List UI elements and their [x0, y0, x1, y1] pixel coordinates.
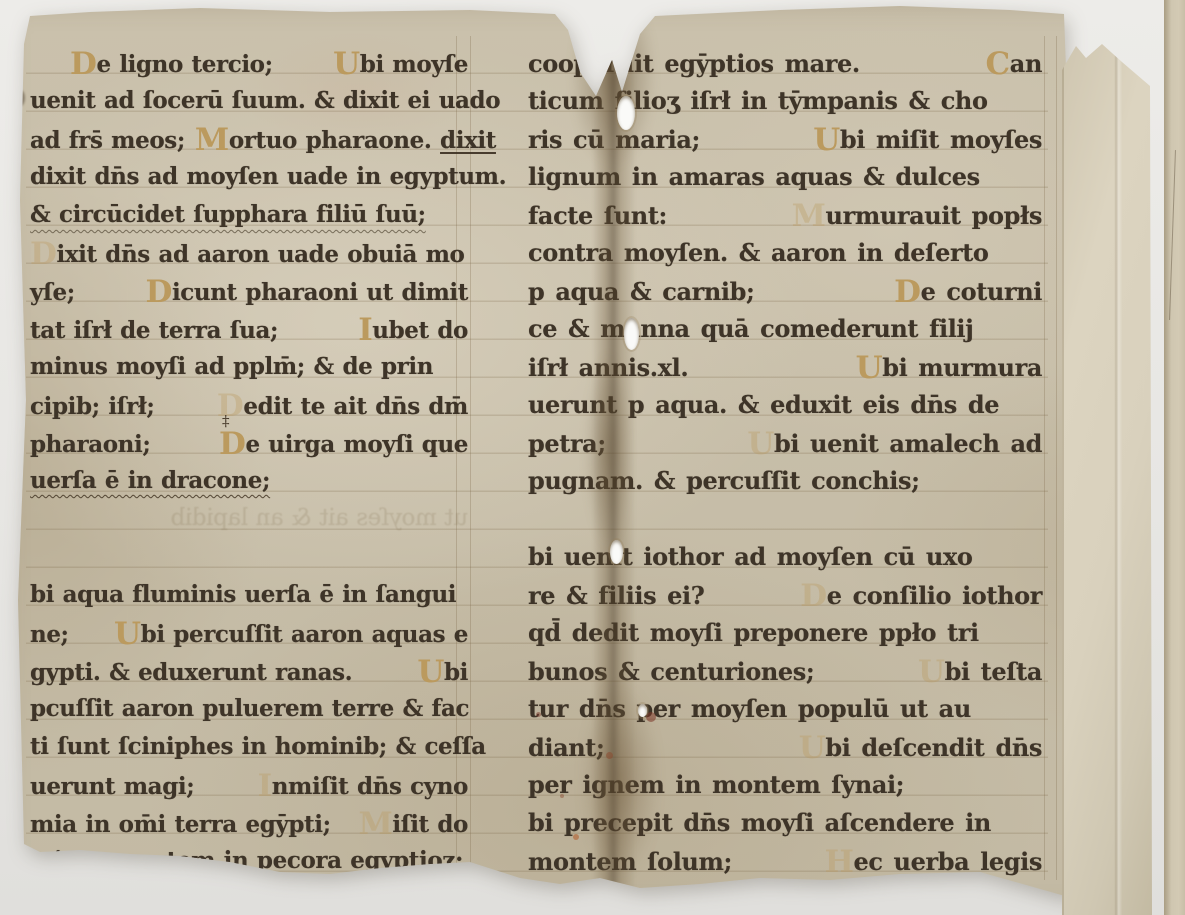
text-segment: re & filiis ei?: [528, 577, 704, 614]
text-segment: ortuo pharaone.: [229, 122, 440, 159]
illuminated-initial: I: [358, 312, 372, 349]
illuminated-initial: U: [856, 350, 883, 387]
text-segment: ut moyſes ait & an lapidib: [171, 500, 468, 537]
text-segment: t ī ſ: [842, 880, 893, 915]
text-line: facte ſunt:Murmurauit popłs: [528, 196, 1042, 234]
text-segment: lignum in amaras aquas & dulces: [528, 158, 980, 195]
text-segment: & circūcidet ſupphara filiū ſuū;: [30, 196, 426, 233]
text-segment: mia in om̄i terra egȳpti;: [30, 806, 331, 843]
parchment-hole: [638, 704, 647, 717]
text-line: cooperuit egȳptios mare.Can: [528, 44, 1042, 82]
text-line: tat iſrł de terra ſua;Iubet do: [30, 310, 468, 348]
text-line: yſe;Dicunt pharaoni ut dimit: [30, 272, 468, 310]
illuminated-initial: D: [145, 274, 171, 311]
text-line: bunos & centuriones;Ubi teſta: [528, 652, 1042, 690]
text-segment: e ligno tercio;: [96, 46, 272, 83]
text-line: ticum filioʒ iſrł in tȳmpanis & cho: [528, 82, 1042, 120]
text-segment: ris cū maria;: [528, 121, 700, 158]
text-segment: cooperuit egȳptios mare.: [528, 45, 860, 82]
text-line: uerunt magi;Inmiſit dn̄s cyno: [30, 766, 468, 804]
parchment-leaf: De ligno tercio;Ubi moyſeuenit ad ſocerū…: [0, 0, 1185, 915]
text-line: & circūcidet ſupphara filiū ſuū;: [30, 196, 468, 234]
text-segment: ne;: [30, 616, 69, 653]
text-line: per ignem in montem ſynai;: [528, 766, 1042, 804]
text-line: Dixit dn̄s ad aaron uade obuiā mo: [30, 234, 468, 272]
text-line: ut moyſes ait & an lapidib: [30, 500, 468, 538]
text-segment: ixit dn̄s ad aaron uade obuiā mo: [56, 236, 464, 273]
text-segment: tat iſrł de terra ſua;: [30, 312, 278, 349]
text-segment: cipib; iſrł;: [30, 388, 154, 425]
text-line: ne;Ubi percuſſit aaron aquas e: [30, 614, 468, 652]
text-line: re & filiis ei?De conſilio iothor: [528, 576, 1042, 614]
text-segment: bi uenit iothor ad moyſen cū uxo: [528, 538, 972, 575]
text-line: uerſa ē in dracone;: [30, 462, 468, 500]
text-segment: e conſilio iothor: [827, 577, 1042, 614]
text-line: minus mortem in pecora egyptioʒ;: [30, 842, 468, 880]
parchment-shadow: De ligno tercio;Ubi moyſeuenit ad ſocerū…: [0, 0, 1185, 915]
text-segment: uenit ad ſocerū ſuum. & dixit ei uado: [30, 82, 500, 119]
text-segment: bi miſit moyſes: [840, 121, 1042, 158]
text-segment: ti ſunt ſciniphes in hominib; & ceſſa: [30, 728, 486, 765]
text-line: ris cū maria;Ubi miſit moyſes: [528, 120, 1042, 158]
text-segment: dixit: [440, 122, 496, 159]
text-segment: uerunt p aqua. & eduxit eis dn̄s de: [528, 386, 999, 423]
text-segment: e coturni: [921, 273, 1042, 310]
text-segment: iſrł annis.xl.: [528, 349, 688, 386]
text-line: qd̄ dedit moyſi preponere ppło tri: [528, 614, 1042, 652]
illuminated-initial: U: [114, 616, 141, 653]
text-segment: ec uerba legis: [854, 843, 1043, 880]
text-line: uerunt p aqua. & eduxit eis dn̄s de: [528, 386, 1042, 424]
text-line: pcuſſit aaron puluerem terre & fac: [30, 690, 468, 728]
text-line: bi precepit dn̄s moyſi aſcendere in: [528, 804, 1042, 842]
column-rule: [1044, 36, 1045, 880]
illuminated-initial: U: [417, 654, 444, 691]
text-segment: an: [1010, 45, 1042, 82]
manuscript-photo: De ligno tercio;Ubi moyſeuenit ad ſocerū…: [0, 0, 1185, 915]
text-line: dixit dn̄s ad moyſen uade in egyptum.: [30, 158, 468, 196]
parchment-hole: [624, 318, 639, 350]
illuminated-initial: U: [747, 426, 774, 463]
text-line: [30, 538, 468, 576]
cross-mark: ‡: [222, 412, 230, 430]
text-segment: ce & manna quā comederunt filij: [528, 310, 973, 347]
illuminated-initial: D: [219, 426, 245, 463]
text-segment: bi percuſſit aaron aquas e: [141, 616, 468, 653]
text-line: contra moyſen. & aaron in deſerto: [528, 234, 1042, 272]
text-line: ti ſunt ſciniphes in hominib; & ceſſa: [30, 728, 468, 766]
text-segment: bunos & centuriones;: [528, 653, 814, 690]
text-segment: bi uenit amalech ad: [774, 425, 1042, 462]
illuminated-initial: U: [813, 122, 840, 159]
text-line: De ligno tercio;Ubi moyſe: [30, 44, 468, 82]
text-segment: per ignem in montem ſynai;: [528, 766, 904, 803]
text-segment: tur dn̄s per moyſen populū ut au: [528, 690, 971, 727]
text-segment: iſit do: [392, 806, 468, 843]
illuminated-initial: D: [894, 274, 920, 311]
text-segment: minus mortem in pecora egyptioʒ;: [30, 842, 463, 879]
text-segment: bi murmura: [882, 349, 1042, 386]
text-segment: pharaoni;: [30, 426, 150, 463]
text-line: t ē ſupſ cē ſ: [30, 880, 468, 915]
text-line: ſ dūt ī ſ: [528, 880, 1042, 915]
illuminated-initial: D: [30, 236, 56, 273]
text-line: minus moyſi ad pplm̄; & de prin: [30, 348, 468, 386]
text-line: cipib; iſrł;Dedit te ait dn̄s dm̄: [30, 386, 468, 424]
illuminated-initial: M: [792, 198, 826, 235]
text-line: bi uenit iothor ad moyſen cū uxo: [528, 538, 1042, 576]
text-line: montem ſolum;Hec uerba legis: [528, 842, 1042, 880]
text-line: petra;Ubi uenit amalech ad: [528, 424, 1042, 462]
illuminated-initial: I: [258, 768, 272, 805]
illuminated-initial: D: [800, 578, 826, 615]
text-segment: icunt pharaoni ut dimit: [172, 274, 468, 311]
text-segment: ad frs̄ meos;: [30, 122, 185, 159]
column-rule: [1056, 36, 1057, 880]
text-segment: montem ſolum;: [528, 843, 732, 880]
text-line: gypti. & eduxerunt ranas.Ubi: [30, 652, 468, 690]
text-segment: ubet do: [372, 312, 468, 349]
text-segment: facte ſunt:: [528, 197, 667, 234]
illuminated-initial: U: [333, 46, 360, 83]
text-segment: uerunt magi;: [30, 768, 194, 805]
paper-guard-strip: [1062, 0, 1152, 915]
illuminated-initial: D: [70, 46, 96, 83]
text-segment: bi aqua fluminis uerſa ē in ſangui: [30, 576, 456, 613]
illuminated-initial: C: [986, 46, 1010, 83]
text-segment: minus moyſi ad pplm̄; & de prin: [30, 348, 433, 385]
text-segment: bi deſcendit dn̄s: [825, 729, 1042, 766]
text-segment: pcuſſit aaron puluerem terre & fac: [30, 690, 469, 727]
torn-edge-notch: [16, 90, 25, 106]
text-line: pugnam. & percuſſit conchis;: [528, 462, 1042, 500]
text-segment: bi teſta: [945, 653, 1042, 690]
illuminated-initial: U: [799, 730, 826, 767]
text-segment: diant;: [528, 729, 604, 766]
page-edge-strip: [1164, 0, 1185, 915]
text-segment: dixit dn̄s ad moyſen uade in egyptum.: [30, 158, 506, 195]
text-line: iſrł annis.xl.Ubi murmura: [528, 348, 1042, 386]
text-segment: e uirga moyſi que: [245, 426, 468, 463]
illuminated-initial: M: [358, 806, 392, 843]
text-line: tur dn̄s per moyſen populū ut au: [528, 690, 1042, 728]
text-segment: contra moyſen. & aaron in deſerto: [528, 234, 989, 271]
text-segment: petra;: [528, 425, 606, 462]
text-line: ce & manna quā comederunt filij: [528, 310, 1042, 348]
text-line: [528, 500, 1042, 538]
text-segment: t ē ſup: [150, 880, 233, 915]
text-segment: urmurauit popłs: [826, 197, 1042, 234]
text-segment: ſ dū: [598, 880, 652, 915]
text-segment: yſe;: [30, 274, 75, 311]
text-segment: uerſa ē in dracone;: [30, 462, 270, 499]
illuminated-initial: D: [217, 388, 243, 425]
text-line: pharaoni;De uirga moyſi que: [30, 424, 468, 462]
text-segment: gypti. & eduxerunt ranas.: [30, 654, 352, 691]
parchment-hole: [610, 540, 623, 564]
text-segment: bi precepit dn̄s moyſi aſcendere in: [528, 804, 991, 841]
text-line: ad frs̄ meos;Mortuo pharaone. dixit: [30, 120, 468, 158]
text-line: mia in om̄i terra egȳpti;Miſit do: [30, 804, 468, 842]
text-segment: pugnam. & percuſſit conchis;: [528, 462, 920, 499]
text-segment: ticum filioʒ iſrł in tȳmpanis & cho: [528, 82, 988, 119]
text-line: lignum in amaras aquas & dulces: [528, 158, 1042, 196]
text-segment: bi moyſe: [360, 46, 468, 83]
parchment-hole: [617, 96, 635, 130]
text-segment: edit te ait dn̄s dm̄: [243, 388, 468, 425]
text-segment: nmiſit dn̄s cyno: [272, 768, 468, 805]
illuminated-initial: M: [195, 122, 229, 159]
text-segment: qd̄ dedit moyſi preponere ppło tri: [528, 614, 979, 651]
text-segment: bi: [444, 654, 468, 691]
illuminated-initial: U: [918, 654, 945, 691]
text-line: p aqua & carnib;De coturni: [528, 272, 1042, 310]
illuminated-initial: H: [825, 844, 854, 881]
text-line: bi aqua fluminis uerſa ē in ſangui: [30, 576, 468, 614]
text-segment: ſ cē ſ: [383, 880, 447, 915]
text-segment: p aqua & carnib;: [528, 273, 754, 310]
text-line: uenit ad ſocerū ſuum. & dixit ei uado: [30, 82, 468, 120]
text-line: diant;Ubi deſcendit dn̄s: [528, 728, 1042, 766]
